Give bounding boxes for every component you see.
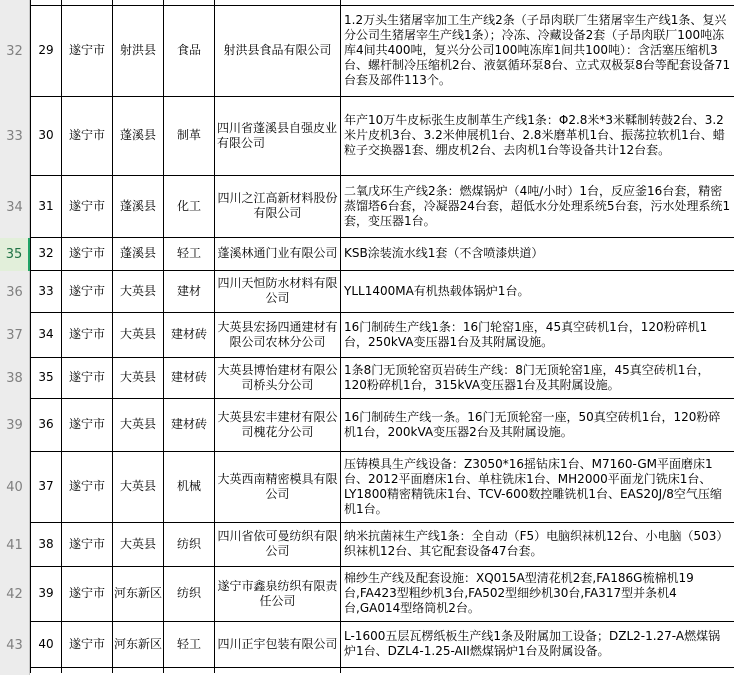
cell-city[interactable]: 遂宁市 xyxy=(62,522,113,566)
cell-seq[interactable]: 31 xyxy=(31,175,62,237)
cell-description[interactable]: 压铸模具生产线设备：Z3050*16摇钻床1台、M7160-GM平面磨床1台、2… xyxy=(341,451,734,522)
table-row-selected: 32 遂宁市 蓬溪县 轻工 蓬溪林通门业有限公司 KSB涂装流水线1套（不含喷漆… xyxy=(31,237,734,270)
cell-description[interactable]: L-1600五层瓦楞纸板生产线1条及附属加工设备；DZL2-1.27-A燃煤锅炉… xyxy=(341,621,734,667)
cell-city[interactable]: 遂宁市 xyxy=(62,566,113,621)
row-header-40[interactable]: 40 xyxy=(0,452,29,523)
table-row: 40 遂宁市 河东新区 轻工 四川正宇包装有限公司 L-1600五层瓦楞纸板生产… xyxy=(31,621,734,667)
cell-city[interactable]: 遂宁市 xyxy=(62,175,113,237)
cell-county[interactable]: 大英县 xyxy=(113,312,164,357)
table-row: 31 遂宁市 蓬溪县 化工 四川之江高新材料股份有限公司 二氧戊环生产线2条：燃… xyxy=(31,175,734,237)
cell-company[interactable]: 大英县宏丰建材有限公司槐花分公司 xyxy=(215,398,341,451)
table-row: 33 遂宁市 大英县 建材 四川天恒防水材料有限公司 YLL1400MA有机热载… xyxy=(31,270,734,312)
table-row: 39 遂宁市 河东新区 纺织 遂宁市鑫泉纺织有限责任公司 棉纱生产线及配套设施：… xyxy=(31,566,734,621)
cell-seq[interactable]: 36 xyxy=(31,398,62,451)
cell-county[interactable]: 大英县 xyxy=(113,357,164,398)
cell-county[interactable]: 射洪县 xyxy=(113,5,164,96)
cell-description[interactable]: 纳米抗菌袜生产线1条：全自动（F5）电脑织袜机12台、小电脑（503）织袜机12… xyxy=(341,522,734,566)
cell-empty[interactable] xyxy=(341,667,734,673)
row-header-43[interactable]: 43 xyxy=(0,622,29,668)
cell-city[interactable]: 遂宁市 xyxy=(62,621,113,667)
cell-industry[interactable]: 化工 xyxy=(164,175,215,237)
cell-industry-highlighted[interactable]: 建材 xyxy=(164,270,215,312)
cell-city[interactable]: 遂宁市 xyxy=(62,312,113,357)
table-row: 30 遂宁市 蓬溪县 制革 四川省蓬溪县自强皮业有限公司 年产10万牛皮标张生皮… xyxy=(31,96,734,175)
row-header-41[interactable]: 41 xyxy=(0,523,29,567)
cell-company[interactable]: 四川省蓬溪县自强皮业有限公司 xyxy=(215,96,341,175)
cell-description[interactable]: 1.2万头生猪屠宰加工生产线2条（子昂肉联厂生猪屠宰生产线1条、复兴分公司生猪屠… xyxy=(341,5,734,96)
cell-seq[interactable]: 33 xyxy=(31,270,62,312)
table-row: 37 遂宁市 大英县 机械 大英西南精密模具有限公司 压铸模具生产线设备：Z30… xyxy=(31,451,734,522)
cell-description[interactable]: 二氧戊环生产线2条：燃煤锅炉（4吨/小时）1台，反应釜16台套，精密蒸馏塔6台套… xyxy=(341,175,734,237)
cell-company[interactable]: 蓬溪林通门业有限公司 xyxy=(215,237,341,270)
cell-industry[interactable]: 食品 xyxy=(164,5,215,96)
cell-empty[interactable] xyxy=(164,667,215,673)
cell-empty[interactable] xyxy=(31,667,62,673)
cell-county[interactable]: 河东新区 xyxy=(113,566,164,621)
cell-city[interactable]: 遂宁市 xyxy=(62,270,113,312)
cell-industry[interactable]: 纺织 xyxy=(164,522,215,566)
cell-description[interactable]: 16门制砖生产线一条。16门无顶轮窑一座，50真空砖机1台，120粉碎机1台，2… xyxy=(341,398,734,451)
cell-seq[interactable]: 32 xyxy=(31,237,62,270)
spreadsheet-viewport: 32 33 34 35 36 37 38 39 40 41 42 43 29 遂… xyxy=(0,0,734,675)
row-header-39[interactable]: 39 xyxy=(0,399,29,452)
data-grid: 29 遂宁市 射洪县 食品 射洪县食品有限公司 1.2万头生猪屠宰加工生产线2条… xyxy=(30,0,734,673)
cell-company[interactable]: 四川省依可曼纺织有限公司 xyxy=(215,522,341,566)
table-row: 29 遂宁市 射洪县 食品 射洪县食品有限公司 1.2万头生猪屠宰加工生产线2条… xyxy=(31,5,734,96)
cell-county[interactable]: 大英县 xyxy=(113,270,164,312)
cell-city[interactable]: 遂宁市 xyxy=(62,96,113,175)
table-row: 35 遂宁市 大英县 建材砖 大英县博怡建材有限公司桥头分公司 1条8门无顶轮窑… xyxy=(31,357,734,398)
cell-description[interactable]: 棉纱生产线及配套设施：XQ015A型清花机2套,FA186G梳棉机19台,FA4… xyxy=(341,566,734,621)
row-header-36[interactable]: 36 xyxy=(0,271,29,313)
cell-county[interactable]: 蓬溪县 xyxy=(113,96,164,175)
cell-industry[interactable]: 机械 xyxy=(164,451,215,522)
cell-company[interactable]: 四川之江高新材料股份有限公司 xyxy=(215,175,341,237)
cell-seq[interactable]: 38 xyxy=(31,522,62,566)
cell-industry[interactable]: 轻工 xyxy=(164,621,215,667)
cell-city[interactable]: 遂宁市 xyxy=(62,237,113,270)
cell-city[interactable]: 遂宁市 xyxy=(62,5,113,96)
partial-row-below xyxy=(31,667,734,673)
cell-description[interactable]: YLL1400MA有机热载体锅炉1台。 xyxy=(341,270,734,312)
cell-seq[interactable]: 39 xyxy=(31,566,62,621)
cell-empty[interactable] xyxy=(113,667,164,673)
cell-industry[interactable]: 制革 xyxy=(164,96,215,175)
cell-county[interactable]: 蓬溪县 xyxy=(113,175,164,237)
cell-seq[interactable]: 34 xyxy=(31,312,62,357)
row-header-42[interactable]: 42 xyxy=(0,567,29,622)
cell-industry[interactable]: 建材砖 xyxy=(164,357,215,398)
cell-company[interactable]: 大英县博怡建材有限公司桥头分公司 xyxy=(215,357,341,398)
cell-description[interactable]: 年产10万牛皮标张生皮制革生产线1条：Φ2.8米*3米鞣制转鼓2台、3.2米片皮… xyxy=(341,96,734,175)
cell-seq[interactable]: 37 xyxy=(31,451,62,522)
cell-county[interactable]: 大英县 xyxy=(113,451,164,522)
cell-county[interactable]: 蓬溪县 xyxy=(113,237,164,270)
cell-seq[interactable]: 35 xyxy=(31,357,62,398)
cell-seq[interactable]: 40 xyxy=(31,621,62,667)
row-header-35-selected[interactable]: 35 xyxy=(0,238,30,271)
cell-seq[interactable]: 30 xyxy=(31,96,62,175)
row-header-32[interactable]: 32 xyxy=(0,6,29,97)
row-header-38[interactable]: 38 xyxy=(0,358,29,399)
cell-description[interactable]: 16门制砖生产线1条：16门轮窑1座，45真空砖机1台，120粉碎机1台，250… xyxy=(341,312,734,357)
row-header-rail: 32 33 34 35 36 37 38 39 40 41 42 43 xyxy=(0,0,30,675)
cell-description[interactable]: 1条8门无顶轮窑页岩砖生产线：8门无顶轮窑1座，45真空砖机1台，120粉碎机1… xyxy=(341,357,734,398)
cell-company[interactable]: 大英西南精密模具有限公司 xyxy=(215,451,341,522)
row-header-37[interactable]: 37 xyxy=(0,313,29,358)
cell-county[interactable]: 河东新区 xyxy=(113,621,164,667)
cell-company[interactable]: 四川正宇包装有限公司 xyxy=(215,621,341,667)
table-row: 36 遂宁市 大英县 建材砖 大英县宏丰建材有限公司槐花分公司 16门制砖生产线… xyxy=(31,398,734,451)
table-row: 38 遂宁市 大英县 纺织 四川省依可曼纺织有限公司 纳米抗菌袜生产线1条：全自… xyxy=(31,522,734,566)
cell-county[interactable]: 大英县 xyxy=(113,522,164,566)
cell-county[interactable]: 大英县 xyxy=(113,398,164,451)
table-row: 34 遂宁市 大英县 建材砖 大英县宏扬四通建材有限公司农林分公司 16门制砖生… xyxy=(31,312,734,357)
cell-company[interactable]: 四川天恒防水材料有限公司 xyxy=(215,270,341,312)
cell-industry[interactable]: 建材砖 xyxy=(164,312,215,357)
cell-industry[interactable]: 轻工 xyxy=(164,237,215,270)
row-header-33[interactable]: 33 xyxy=(0,97,29,176)
cell-company[interactable]: 大英县宏扬四通建材有限公司农林分公司 xyxy=(215,312,341,357)
cell-industry[interactable]: 建材砖 xyxy=(164,398,215,451)
cell-city[interactable]: 遂宁市 xyxy=(62,357,113,398)
cell-empty[interactable] xyxy=(62,667,113,673)
row-header-34[interactable]: 34 xyxy=(0,176,29,238)
cell-empty[interactable] xyxy=(215,667,341,673)
cell-city[interactable]: 遂宁市 xyxy=(62,451,113,522)
cell-description[interactable]: KSB涂装流水线1套（不含喷漆烘道） xyxy=(341,237,734,270)
cell-city[interactable]: 遂宁市 xyxy=(62,398,113,451)
cell-industry[interactable]: 纺织 xyxy=(164,566,215,621)
cell-company[interactable]: 射洪县食品有限公司 xyxy=(215,5,341,96)
cell-seq[interactable]: 29 xyxy=(31,5,62,96)
cell-company[interactable]: 遂宁市鑫泉纺织有限责任公司 xyxy=(215,566,341,621)
